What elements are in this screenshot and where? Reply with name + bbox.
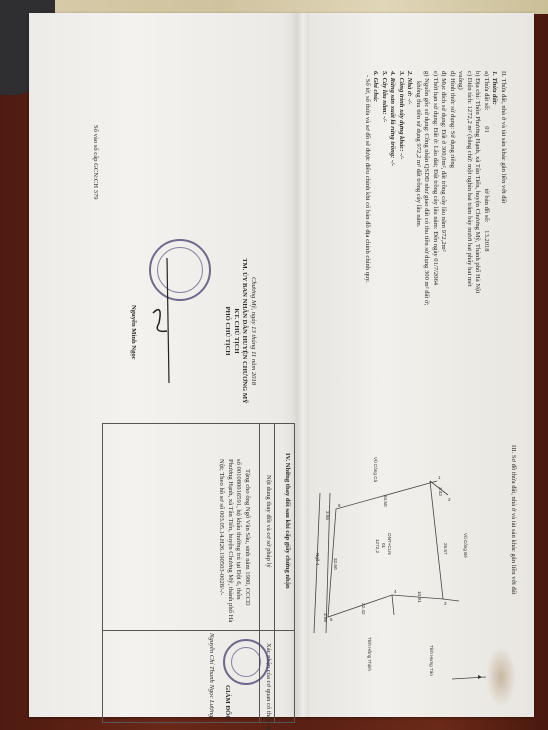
- marble-countertop: [0, 0, 548, 14]
- use-form: d) Hình thức sử dụng: Sử dụng riêng: [448, 71, 457, 305]
- forest: 4. Rừng sản xuất là rừng trồng: -/-: [388, 71, 397, 305]
- on-behalf: KT. CHỦ TỊCH: [232, 241, 241, 421]
- stamp-title: GIÁM ĐỐC: [223, 685, 232, 720]
- term: e) Thời hạn sử dụng: Đất ở: Lâu dài; Đất…: [431, 71, 440, 305]
- position: PHÓ CHỦ TỊCH: [223, 241, 232, 421]
- construction: 3. Công trình xây dựng khác: -/-: [397, 71, 406, 305]
- change-entry: Tặng cho ông Ngô Văn Sâu, sinh năm 1980,…: [217, 459, 251, 622]
- edge-length-1: 34.50: [383, 495, 388, 507]
- area: c) Diện tích: 1272,2 m² (bằng chữ: một n…: [465, 71, 474, 305]
- signature-mark: [149, 253, 179, 393]
- register-number: Số vào sổ cấp GCN:CH 379: [91, 125, 100, 200]
- edge-length-3: 26.57: [443, 543, 448, 555]
- certificate-page: II. Thửa đất, nhà ở và tài sản khác gắn …: [29, 13, 534, 717]
- notes-heading: 6. Ghi chú:: [371, 71, 380, 305]
- col-header-content: Nội dung thay đổi và cơ sở pháp lý: [264, 475, 273, 568]
- parcel-area: 1272,2: [375, 539, 380, 553]
- parcel-label: ONT+CLN: [387, 533, 392, 555]
- point-3: 3: [444, 601, 447, 606]
- date-line: Chương Mỹ, ngày 13 tháng 11 năm 2018: [249, 241, 258, 421]
- land-heading: 1. Thửa đất:: [490, 71, 499, 305]
- confirmation-stamp: [223, 639, 269, 685]
- edge-length-7: 32.60: [333, 558, 338, 570]
- neighbor-2: Vũ Công Bé: [463, 533, 468, 558]
- confirmation-signer: Nguyễn Chí Thanh Ngọc Lượng: [207, 633, 216, 717]
- edge-length-8: 3.66: [323, 613, 328, 622]
- origin: g) Nguồn gốc sử dụng: Công nhận QSDĐ như…: [422, 71, 431, 305]
- parcel-number: 01: [381, 543, 386, 549]
- point-1: 1: [438, 475, 441, 480]
- neighbor-4: Tỉnh Hồng Thịnh: [367, 637, 373, 671]
- perennial: 5. Cây lâu năm: -/-: [380, 71, 389, 305]
- house: 2. Nhà ở: -/-: [405, 71, 414, 305]
- section-iv-title: IV. Những thay đổi sau khi cấp giấy chứn…: [283, 453, 292, 589]
- point-4: 4: [394, 589, 397, 594]
- edge-length-2: 3.42: [438, 487, 443, 496]
- edge-length-5: 22.42: [361, 603, 366, 615]
- parcel-number-row: a) Thửa đất số: 01 tờ bản đồ số: 13.2018: [482, 71, 491, 305]
- area-cont: vuông): [456, 71, 465, 305]
- section-ii-title: II. Thửa đất, nhà ở và tài sản khác gắn …: [499, 71, 508, 305]
- section-ii: II. Thửa đất, nhà ở và tài sản khác gắn …: [363, 71, 508, 305]
- neighbor-5: Ngõ 4: [315, 553, 320, 566]
- point-2: 2: [448, 497, 451, 502]
- section-iii-title: III. Sơ đồ thửa đất, nhà ở và tài sản kh…: [509, 445, 518, 595]
- purpose: đ) Mục đích sử dụng: Đất ở 300,0m², đất …: [439, 71, 448, 305]
- point-5: 5: [330, 617, 333, 622]
- neighbor-3: Tỉnh Hưng Tảo: [429, 645, 435, 676]
- neighbor-1: Vũ Công Cả: [373, 457, 378, 482]
- edge-length-4: 10.91: [417, 591, 422, 603]
- point-6: 6: [338, 503, 341, 508]
- notes: - Số tờ, số thửa và sơ đồ sẽ được điều c…: [363, 71, 372, 305]
- address: b) Địa chỉ: Thôn Phương Hạnh, xã Tân Tiế…: [473, 71, 482, 305]
- north-arrow-icon: [478, 675, 482, 679]
- edge-length-6: 3.86: [325, 511, 330, 520]
- signature-block: Chương Mỹ, ngày 13 tháng 11 năm 2018 TM.…: [223, 241, 257, 421]
- signer-name: Nguyễn Minh Ngọc: [129, 305, 138, 360]
- authority: TM. ỦY BAN NHÂN DÂN HUYỆN CHƯƠNG MỸ: [240, 241, 249, 421]
- parcel-diagram: 34.50 3.42 26.57 10.91 22.42 3.86 32.60 …: [284, 433, 494, 713]
- origin-cont: không thu tiền sử dụng 972,2 m² đất trồn…: [414, 71, 423, 305]
